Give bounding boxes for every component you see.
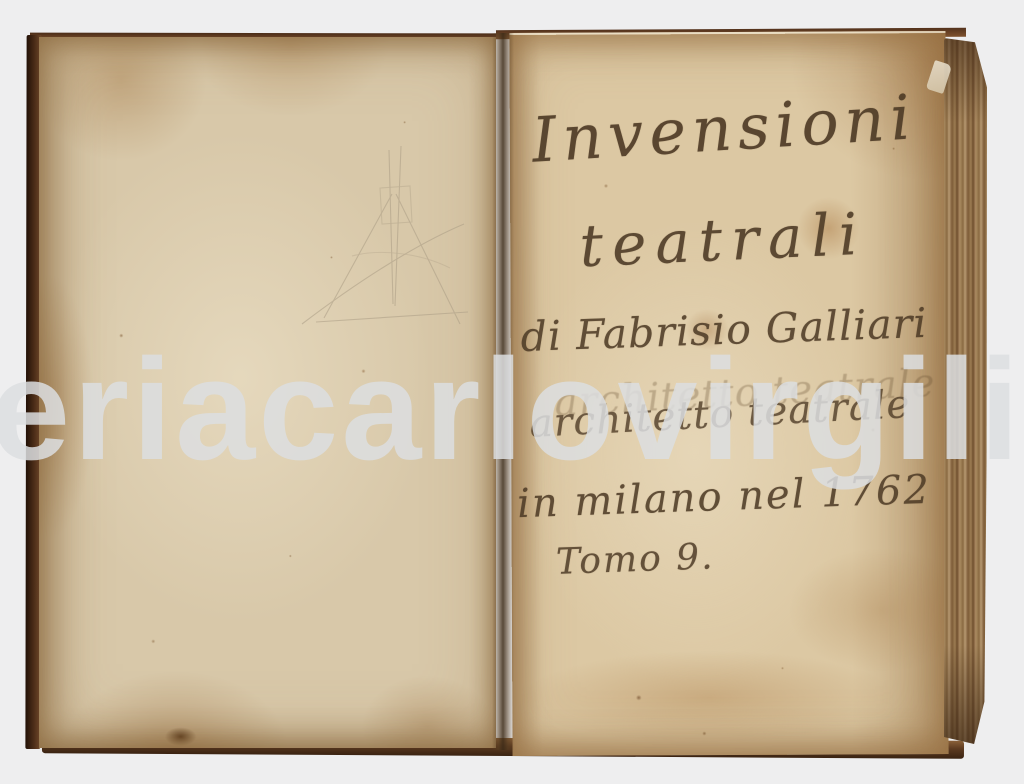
- book-photo: Invensioni teatrali di Fabrisio Galliari…: [0, 0, 1024, 784]
- watermark-text: eriacarlovirgili: [0, 338, 1023, 482]
- manuscript-line-volume: Tomo 9.: [555, 534, 776, 583]
